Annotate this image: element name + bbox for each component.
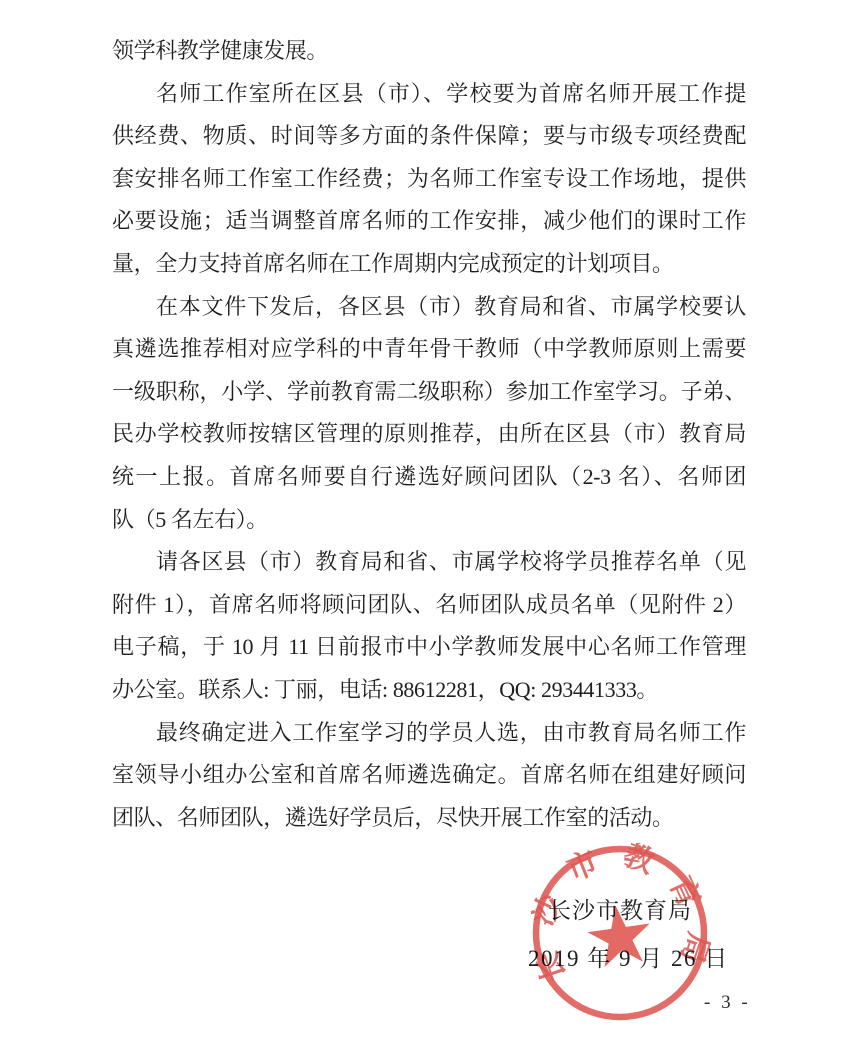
document-page: 领学科教学健康发展。名师工作室所在区县（市）、学校要为首席名师开展工作提供经费、… <box>0 0 860 1044</box>
text-line: 一级职称，小学、学前教育需二级职称）参加工作室学习。子弟、 <box>112 371 746 414</box>
text-line: 供经费、物质、时间等多方面的条件保障；要与市级专项经费配 <box>112 115 746 158</box>
paragraph: 请各区县（市）教育局和省、市属学校将学员推荐名单（见附件 1），首席名师将顾问团… <box>112 541 746 711</box>
text-line: 室领导小组办公室和首席名师遴选确定。首席名师在组建好顾问 <box>112 754 746 797</box>
page-number: - 3 - <box>704 992 751 1014</box>
paragraph: 名师工作室所在区县（市）、学校要为首席名师开展工作提供经费、物质、时间等多方面的… <box>112 73 746 286</box>
text-line: 名师工作室所在区县（市）、学校要为首席名师开展工作提 <box>112 73 746 116</box>
official-seal: 长沙市教育局 <box>531 843 711 1023</box>
text-line: 在本文件下发后，各区县（市）教育局和省、市属学校要认 <box>112 286 746 329</box>
text-line: 请各区县（市）教育局和省、市属学校将学员推荐名单（见 <box>112 541 746 584</box>
text-line: 统一上报。首席名师要自行遴选好顾问团队（2-3 名）、名师团 <box>112 456 746 499</box>
document-body: 领学科教学健康发展。名师工作室所在区县（市）、学校要为首席名师开展工作提供经费、… <box>112 30 746 839</box>
text-line: 套安排名师工作室工作经费；为名师工作室专设工作场地，提供 <box>112 158 746 201</box>
text-line: 团队、名师团队，遴选好学员后，尽快开展工作室的活动。 <box>112 797 746 840</box>
paragraph: 在本文件下发后，各区县（市）教育局和省、市属学校要认真遴选推荐相对应学科的中青年… <box>112 286 746 542</box>
scanned-document: { "document": { "paragraphs": [ { "inden… <box>0 0 860 1044</box>
seal-arc-text: 长沙市教育局 <box>531 843 711 986</box>
text-line: 附件 1），首席名师将顾问团队、名师团队成员名单（见附件 2） <box>112 584 746 627</box>
text-line: 真遴选推荐相对应学科的中青年骨干教师（中学教师原则上需要 <box>112 328 746 371</box>
text-line: 领学科教学健康发展。 <box>112 30 746 73</box>
text-line: 必要设施；适当调整首席名师的工作安排，减少他们的课时工作 <box>112 200 746 243</box>
text-line: 量，全力支持首席名师在工作周期内完成预定的计划项目。 <box>112 243 746 286</box>
text-line: 电子稿，于 10 月 11 日前报市中小学教师发展中心名师工作管理 <box>112 626 746 669</box>
text-line: 民办学校教师按辖区管理的原则推荐，由所在区县（市）教育局 <box>112 413 746 456</box>
text-line: 最终确定进入工作室学习的学员人选，由市教育局名师工作 <box>112 712 746 755</box>
seal-star-icon <box>584 901 654 969</box>
text-line: 队（5 名左右）。 <box>112 499 746 542</box>
paragraph: 领学科教学健康发展。 <box>112 30 746 73</box>
text-line: 办公室。联系人: 丁丽，电话: 88612281，QQ: 293441333。 <box>112 669 746 712</box>
paragraph: 最终确定进入工作室学习的学员人选，由市教育局名师工作室领导小组办公室和首席名师遴… <box>112 712 746 840</box>
